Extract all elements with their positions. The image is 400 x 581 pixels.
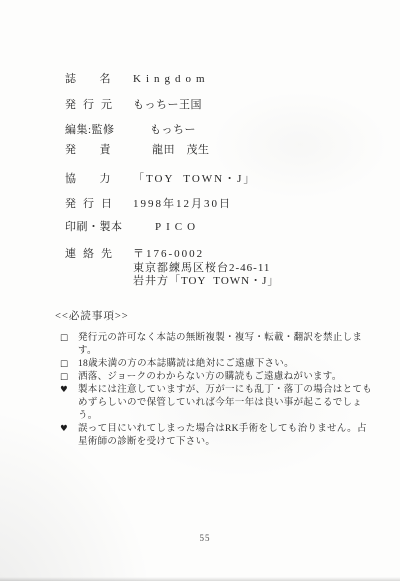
colophon-row-title: 誌 名 Kingdom [65,73,210,86]
field-label: 発 行 日 [65,198,133,211]
notice-text: 18歳未満の方の本誌購読は絶対にご遠慮下さい。 [78,358,294,371]
colophon-row-printer: 印刷・製本 PICO [65,221,200,234]
field-label: 発 責 [65,144,133,157]
notice-item: □ 洒落、ジョークのわからない方の購読もご遠慮ねがいます。 [60,371,374,384]
notice-text: 発行元の許可なく本誌の無断複製・複写・転載・翻訳を禁止します。 [78,332,374,358]
page-number: 55 [192,533,218,543]
field-value: 龍田 茂生 [133,144,210,157]
field-label: 誌 名 [65,73,133,86]
colophon-row-date: 発 行 日 1998年12月30日 [65,198,232,211]
field-label: 連 絡 先 [65,248,133,289]
notice-text: 洒落、ジョークのわからない方の購読もご遠慮ねがいます。 [78,371,342,384]
notice-item: □ 18歳未満の方の本誌購読は絶対にご遠慮下さい。 [60,358,374,371]
address-line: 東京都練馬区桜台2-46-11 [133,262,279,276]
field-label: 協 力 [65,173,133,186]
address-line: 岩井方「TOY TOWN・J」 [133,275,279,289]
notice-heading: <<必読事項>> [55,308,129,323]
scan-corner-shadow [0,401,160,581]
heart-bullet-icon: ♥ [60,384,78,397]
field-value: もっちー [133,124,196,137]
colophon-row-cooperation: 協 力 「TOY TOWN・J」 [65,173,256,186]
colophon-row-responsible: 発 責 龍田 茂生 [65,144,210,157]
field-value: 「TOY TOWN・J」 [133,173,256,186]
square-bullet-icon: □ [60,371,78,384]
field-value: もっちー王国 [133,99,202,112]
colophon-row-contact: 連 絡 先 〒176-0002 東京都練馬区桜台2-46-11 岩井方「TOY … [65,248,279,289]
field-value: 1998年12月30日 [133,198,232,211]
postal-code: 〒176-0002 [133,248,279,262]
colophon-row-editor: 編集:監修 もっちー [65,124,196,137]
field-value: Kingdom [133,73,210,86]
field-label: 発 行 元 [65,99,133,112]
scanned-colophon-page: 誌 名 Kingdom 発 行 元 もっちー王国 編集:監修 もっちー 発 責 … [0,0,400,581]
scan-bottom-edge [0,577,400,581]
field-value: PICO [133,221,200,234]
square-bullet-icon: □ [60,358,78,371]
square-bullet-icon: □ [60,332,78,345]
colophon-row-publisher: 発 行 元 もっちー王国 [65,99,202,112]
notice-item: □ 発行元の許可なく本誌の無断複製・複写・転載・翻訳を禁止します。 [60,332,374,358]
field-label: 印刷・製本 [65,221,133,234]
field-label: 編集:監修 [65,124,133,137]
